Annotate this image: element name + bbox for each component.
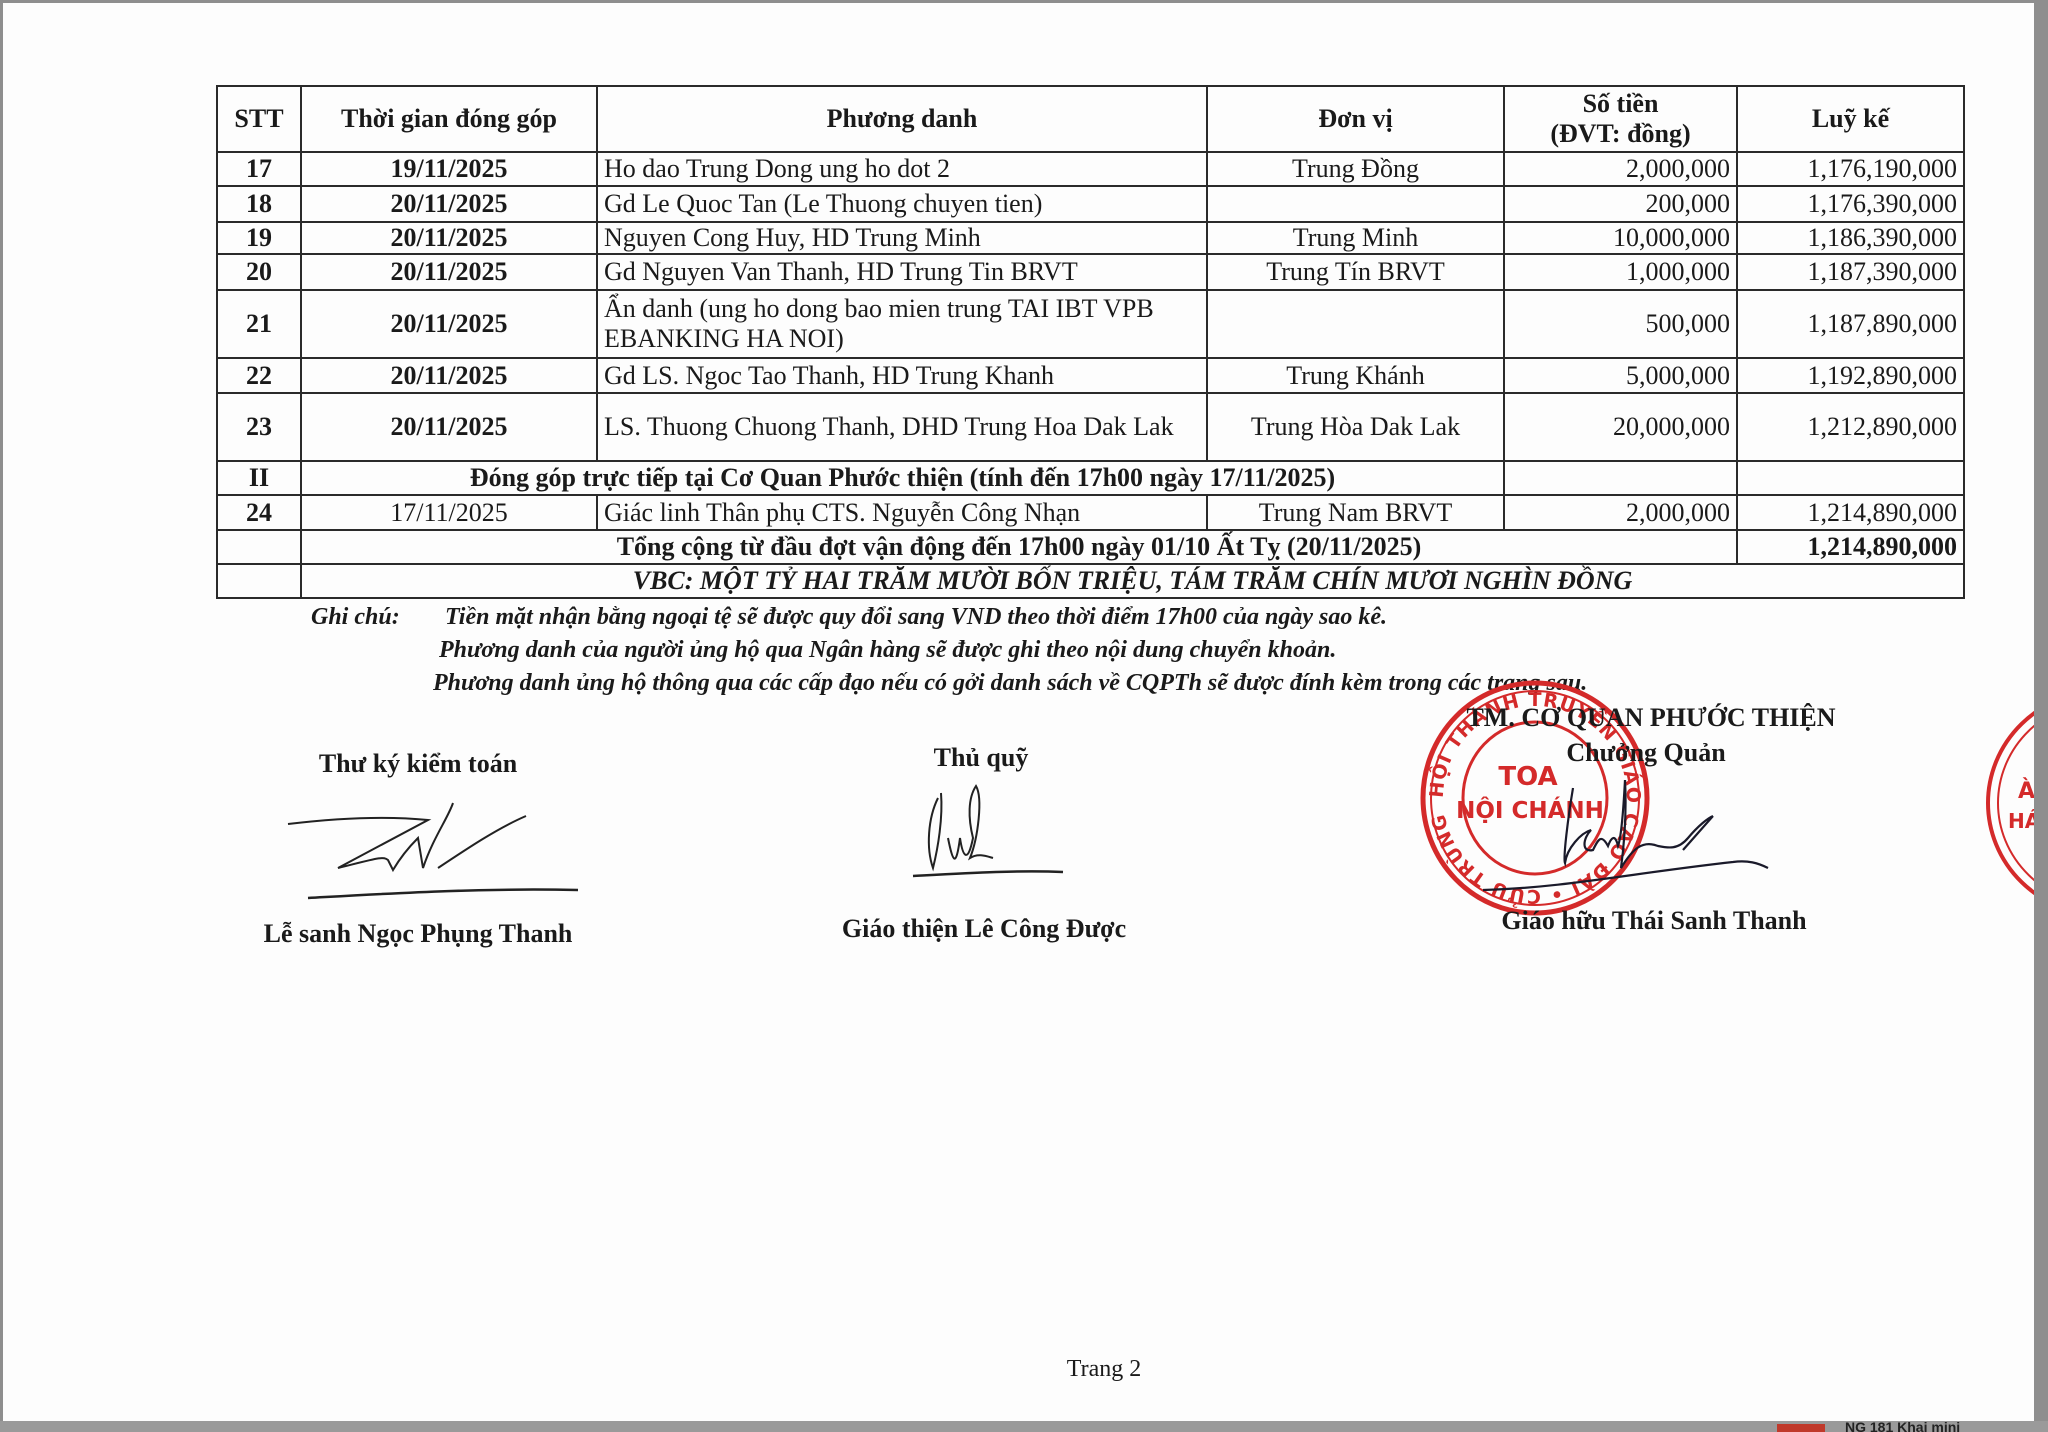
row-unit: Trung Minh <box>1207 222 1504 254</box>
row-name: Gd LS. Ngoc Tao Thanh, HD Trung Khanh <box>597 358 1207 393</box>
row-name: Ẩn danh (ung ho dong bao mien trung TAI … <box>597 290 1207 358</box>
row-cumulative: 1,176,390,000 <box>1737 186 1964 222</box>
row-cumulative: 1,214,890,000 <box>1737 495 1964 530</box>
underlying-red-block <box>1777 1424 1825 1432</box>
header-amount: Số tiền (ĐVT: đồng) <box>1504 86 1737 152</box>
row-amount: 2,000,000 <box>1504 152 1737 186</box>
row-name: Nguyen Cong Huy, HD Trung Minh <box>597 222 1207 254</box>
header-amount-line2: (ĐVT: đồng) <box>1511 119 1730 149</box>
row-amount: 20,000,000 <box>1504 393 1737 461</box>
table-row: 2020/11/2025Gd Nguyen Van Thanh, HD Trun… <box>217 254 1964 290</box>
row-date: 19/11/2025 <box>301 152 597 186</box>
row-unit <box>1207 186 1504 222</box>
table-row: 1719/11/2025Ho dao Trung Dong ung ho dot… <box>217 152 1964 186</box>
table-row: 2120/11/2025Ẩn danh (ung ho dong bao mie… <box>217 290 1964 358</box>
header-name: Phương danh <box>597 86 1207 152</box>
row-stt: 23 <box>217 393 301 461</box>
head-signature <box>1483 778 1783 898</box>
section-ii-amount <box>1504 461 1737 495</box>
partial-seal-stamp: ÀĀ HÁ <box>1963 683 2034 923</box>
row-date: 20/11/2025 <box>301 254 597 290</box>
row-unit: Trung Nam BRVT <box>1207 495 1504 530</box>
row-date: 20/11/2025 <box>301 186 597 222</box>
row-cumulative: 1,186,390,000 <box>1737 222 1964 254</box>
svg-text:HÁ: HÁ <box>2008 809 2034 833</box>
row-unit: Trung Tín BRVT <box>1207 254 1504 290</box>
header-amount-line1: Số tiền <box>1511 89 1730 119</box>
row-amount: 5,000,000 <box>1504 358 1737 393</box>
row-cumulative: 1,192,890,000 <box>1737 358 1964 393</box>
total-value: 1,214,890,000 <box>1737 530 1964 564</box>
head-name: Giáo hữu Thái Sanh Thanh <box>1501 906 1806 936</box>
row-unit: Trung Khánh <box>1207 358 1504 393</box>
row-name: Gd Le Quoc Tan (Le Thuong chuyen tien) <box>597 186 1207 222</box>
auditor-title: Thư ký kiểm toán <box>319 749 517 779</box>
row-unit <box>1207 290 1504 358</box>
row-date: 20/11/2025 <box>301 358 597 393</box>
row-cumulative: 1,187,390,000 <box>1737 254 1964 290</box>
row-amount: 10,000,000 <box>1504 222 1737 254</box>
row-stt: 19 <box>217 222 301 254</box>
row-amount: 2,000,000 <box>1504 495 1737 530</box>
row-cumulative: 1,176,190,000 <box>1737 152 1964 186</box>
row-amount: 200,000 <box>1504 186 1737 222</box>
row-unit: Trung Hòa Dak Lak <box>1207 393 1504 461</box>
row-date: 20/11/2025 <box>301 290 597 358</box>
row-stt: 17 <box>217 152 301 186</box>
amount-in-words: VBC: MỘT TỶ HAI TRĂM MƯỜI BỐN TRIỆU, TÁM… <box>301 564 1964 598</box>
notes-label: Ghi chú: <box>311 601 400 634</box>
row-date: 20/11/2025 <box>301 222 597 254</box>
note-line-2: Phương danh của người ủng hộ qua Ngân hà… <box>439 634 1336 667</box>
section-ii-label: Đóng góp trực tiếp tại Cơ Quan Phước thi… <box>301 461 1504 495</box>
row-cumulative: 1,187,890,000 <box>1737 290 1964 358</box>
head-org: TM. CƠ QUAN PHƯỚC THIỆN <box>1466 703 1835 733</box>
row-amount: 1,000,000 <box>1504 254 1737 290</box>
total-row: Tổng cộng từ đầu đợt vận động đến 17h00 … <box>217 530 1964 564</box>
row-stt: 22 <box>217 358 301 393</box>
note-line-1: Tiền mặt nhận bằng ngoại tệ sẽ được quy … <box>445 601 1387 634</box>
auditor-signature <box>278 798 598 908</box>
treasurer-title: Thủ quỹ <box>934 743 1029 773</box>
section-ii-number: II <box>217 461 301 495</box>
row-cumulative: 1,212,890,000 <box>1737 393 1964 461</box>
table-row: 24 17/11/2025 Giác linh Thân phụ CTS. Ng… <box>217 495 1964 530</box>
row-stt: 24 <box>217 495 301 530</box>
donation-ledger-table: STT Thời gian đóng góp Phương danh Đơn v… <box>216 85 1965 599</box>
row-unit: Trung Đồng <box>1207 152 1504 186</box>
amount-in-words-row: VBC: MỘT TỶ HAI TRĂM MƯỜI BỐN TRIỆU, TÁM… <box>217 564 1964 598</box>
underlying-window-text: NG 181 Khai mini <box>1845 1419 1960 1432</box>
auditor-name: Lễ sanh Ngọc Phụng Thanh <box>264 919 573 949</box>
header-date: Thời gian đóng góp <box>301 86 597 152</box>
treasurer-signature <box>908 778 1068 888</box>
document-page: STT Thời gian đóng góp Phương danh Đơn v… <box>3 3 2034 1421</box>
table-header-row: STT Thời gian đóng góp Phương danh Đơn v… <box>217 86 1964 152</box>
total-empty-cell <box>217 530 301 564</box>
page-number: Trang 2 <box>1067 1356 1141 1383</box>
row-amount: 500,000 <box>1504 290 1737 358</box>
row-name: Gd Nguyen Van Thanh, HD Trung Tin BRVT <box>597 254 1207 290</box>
header-cumulative: Luỹ kế <box>1737 86 1964 152</box>
row-stt: 18 <box>217 186 301 222</box>
head-title: Chưởng Quản <box>1566 738 1725 768</box>
svg-text:ÀĀ: ÀĀ <box>2018 778 2034 804</box>
table-row: 1820/11/2025Gd Le Quoc Tan (Le Thuong ch… <box>217 186 1964 222</box>
row-name: Ho dao Trung Dong ung ho dot 2 <box>597 152 1207 186</box>
words-empty-cell <box>217 564 301 598</box>
table-row: 2220/11/2025Gd LS. Ngoc Tao Thanh, HD Tr… <box>217 358 1964 393</box>
row-date: 17/11/2025 <box>301 495 597 530</box>
table-row: 2320/11/2025LS. Thuong Chuong Thanh, DHD… <box>217 393 1964 461</box>
row-name: LS. Thuong Chuong Thanh, DHD Trung Hoa D… <box>597 393 1207 461</box>
header-unit: Đơn vị <box>1207 86 1504 152</box>
table-row: 1920/11/2025Nguyen Cong Huy, HD Trung Mi… <box>217 222 1964 254</box>
section-ii-row: II Đóng góp trực tiếp tại Cơ Quan Phước … <box>217 461 1964 495</box>
row-stt: 20 <box>217 254 301 290</box>
underlying-window-strip <box>0 1421 2048 1432</box>
total-label: Tổng cộng từ đầu đợt vận động đến 17h00 … <box>301 530 1737 564</box>
header-stt: STT <box>217 86 301 152</box>
row-stt: 21 <box>217 290 301 358</box>
row-name: Giác linh Thân phụ CTS. Nguyễn Công Nhạn <box>597 495 1207 530</box>
treasurer-name: Giáo thiện Lê Công Được <box>842 914 1126 944</box>
section-ii-cumulative <box>1737 461 1964 495</box>
row-date: 20/11/2025 <box>301 393 597 461</box>
